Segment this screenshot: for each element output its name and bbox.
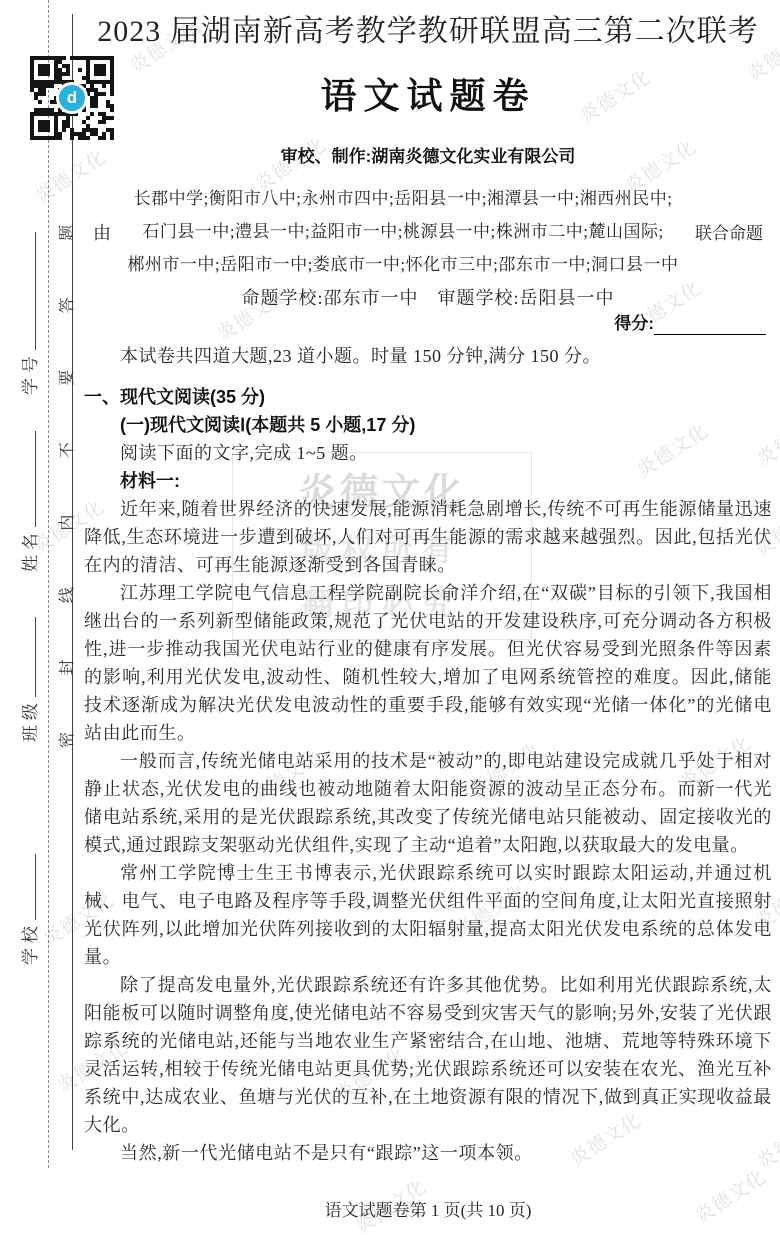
score-label: 得分: xyxy=(614,314,654,333)
qr-code: d xyxy=(30,56,114,140)
student-field-number: 学 号 xyxy=(16,232,41,395)
student-field-name: 姓 名 xyxy=(16,431,41,572)
qr-logo-icon: d xyxy=(56,82,88,114)
paragraph: 除了提高发电量外,光伏跟踪系统还有许多其他优势。比如利用光伏跟踪系统,太阳能板可… xyxy=(84,971,772,1139)
proposer-suffix: 联合命题 xyxy=(686,219,772,244)
reading-instruction: 阅读下面的文字,完成 1~5 题。 xyxy=(84,439,772,467)
proposing-school-line: 命题学校:邵东市一中 审题学校:岳阳县一中 xyxy=(84,287,772,309)
page-footer: 语文试题卷第 1 页(共 10 页) xyxy=(84,1196,772,1221)
student-field-number-blank xyxy=(31,232,36,350)
student-field-name-blank xyxy=(31,431,36,527)
student-field-class-label: 班 级 xyxy=(21,703,40,742)
seal-instruction-text: 密 封 线 内 不 要 答 题 xyxy=(54,199,77,748)
paragraph: 江苏理工学院电气信息工程学院副院长俞洋介绍,在“双碳”目标的引领下,我国相继出台… xyxy=(84,579,772,747)
student-field-school: 学 校 xyxy=(16,854,41,965)
proposer-school-line: 郴州市一中;岳阳市一中;娄底市一中;怀化市三中;邵东市一中;洞口县一中 xyxy=(120,248,686,281)
proposer-school-list: 长郡中学;衡阳市八中;永州市四中;岳阳县一中;湘潭县一中;湘西州民中; 石门县一… xyxy=(120,182,686,281)
student-field-class: 班 级 xyxy=(16,617,41,742)
section-heading: 一、现代文阅读(35 分) xyxy=(84,383,772,411)
paragraph: 常州工学院博士生王书博表示,光伏跟踪系统可以实时跟踪太阳运动,并通过机械、电气、… xyxy=(84,859,772,971)
proposer-block: 由 长郡中学;衡阳市八中;永州市四中;岳阳县一中;湘潭县一中;湘西州民中; 石门… xyxy=(84,182,772,281)
exam-page: 炎德文化 炎德文化 炎德文化 炎德文化 炎德文化 炎德文化 炎德文化 炎德文化 … xyxy=(0,0,780,1235)
exam-intro-text: 本试卷共四道大题,23 道小题。时量 150 分钟,满分 150 分。 xyxy=(84,343,772,369)
proposer-prefix: 由 xyxy=(84,219,120,245)
seal-dashed-line xyxy=(48,0,49,1168)
score-blank xyxy=(654,319,766,335)
paragraph: 一般而言,传统光储电站采用的技术是“被动”的,即电站建设完成就几乎处于相对静止状… xyxy=(84,747,772,859)
producer-line: 审校、制作:湖南炎德文化实业有限公司 xyxy=(84,146,772,168)
material-label: 材料一: xyxy=(84,467,772,495)
paper-title: 语文试题卷 xyxy=(84,72,772,120)
proposer-school-line: 长郡中学;衡阳市八中;永州市四中;岳阳县一中;湘潭县一中;湘西州民中; xyxy=(120,182,686,215)
student-field-name-label: 姓 名 xyxy=(21,533,40,572)
subsection-heading: (一)现代文阅读Ⅰ(本题共 5 小题,17 分) xyxy=(84,411,772,439)
main-content: 2023 届湖南新高考教学教研联盟高三第二次联考 语文试题卷 审校、制作:湖南炎… xyxy=(84,0,772,1167)
proposer-school-line: 石门县一中;澧县一中;益阳市一中;桃源县一中;株洲市二中;麓山国际; xyxy=(120,215,686,248)
exam-title: 2023 届湖南新高考教学教研联盟高三第二次联考 xyxy=(84,12,772,52)
student-field-number-label: 学 号 xyxy=(21,356,40,395)
student-field-school-label: 学 校 xyxy=(21,926,40,965)
student-field-class-blank xyxy=(31,617,36,697)
score-row: 得分: xyxy=(84,313,772,335)
paragraph: 近年来,随着世界经济的快速发展,能源消耗急剧增长,传统不可再生能源储量迅速降低,… xyxy=(84,495,772,579)
paragraph: 当然,新一代光储电站不是只有“跟踪”这一项本领。 xyxy=(84,1139,772,1167)
student-field-school-blank xyxy=(31,854,36,920)
